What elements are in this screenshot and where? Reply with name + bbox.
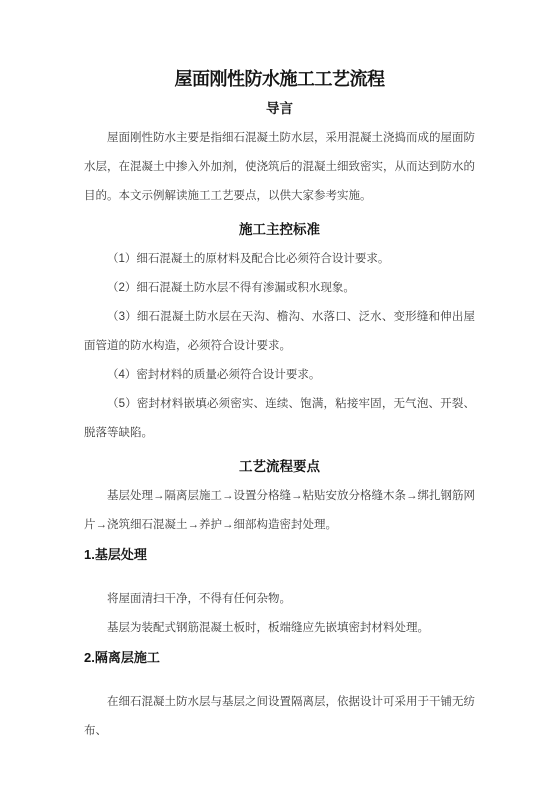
isolation-layer-paragraph-1: 在细石混凝土防水层与基层之间设置隔离层，依据设计可采用于干铺无纺布、 bbox=[84, 688, 475, 746]
document-title: 屋面刚性防水施工工艺流程 bbox=[84, 64, 475, 94]
standard-item-1: （1）细石混凝土的原材料及配合比必须符合设计要求。 bbox=[84, 245, 475, 274]
standard-item-3: （3）细石混凝土防水层在天沟、檐沟、水落口、泛水、变形缝和伸出屋面管道的防水构造… bbox=[84, 303, 475, 361]
standard-item-4: （4）密封材料的质量必须符合设计要求。 bbox=[84, 361, 475, 390]
base-treatment-paragraph-2: 基层为装配式钢筋混凝土板时，板端缝应先嵌填密封材料处理。 bbox=[84, 614, 475, 643]
process-flow-paragraph: 基层处理→隔离层施工→设置分格缝→粘贴安放分格缝木条→绑扎钢筋网片→浇筑细石混凝… bbox=[84, 482, 475, 540]
subheading-base-treatment: 1.基层处理 bbox=[84, 540, 475, 569]
preface-paragraph: 屋面刚性防水主要是指细石混凝土防水层，采用混凝土浇捣而成的屋面防水层，在混凝土中… bbox=[84, 124, 475, 211]
heading-preface: 导言 bbox=[84, 94, 475, 124]
base-treatment-paragraph-1: 将屋面清扫干净，不得有任何杂物。 bbox=[84, 585, 475, 614]
heading-process-points: 工艺流程要点 bbox=[84, 452, 475, 482]
standard-item-2: （2）细石混凝土防水层不得有渗漏或积水现象。 bbox=[84, 274, 475, 303]
standard-item-5: （5）密封材料嵌填必须密实、连续、饱满，粘接牢固，无气泡、开裂、脱落等缺陷。 bbox=[84, 390, 475, 448]
document-page: 屋面刚性防水施工工艺流程 导言 屋面刚性防水主要是指细石混凝土防水层，采用混凝土… bbox=[0, 0, 560, 792]
heading-main-control-standards: 施工主控标准 bbox=[84, 215, 475, 245]
subheading-isolation-layer: 2.隔离层施工 bbox=[84, 643, 475, 672]
